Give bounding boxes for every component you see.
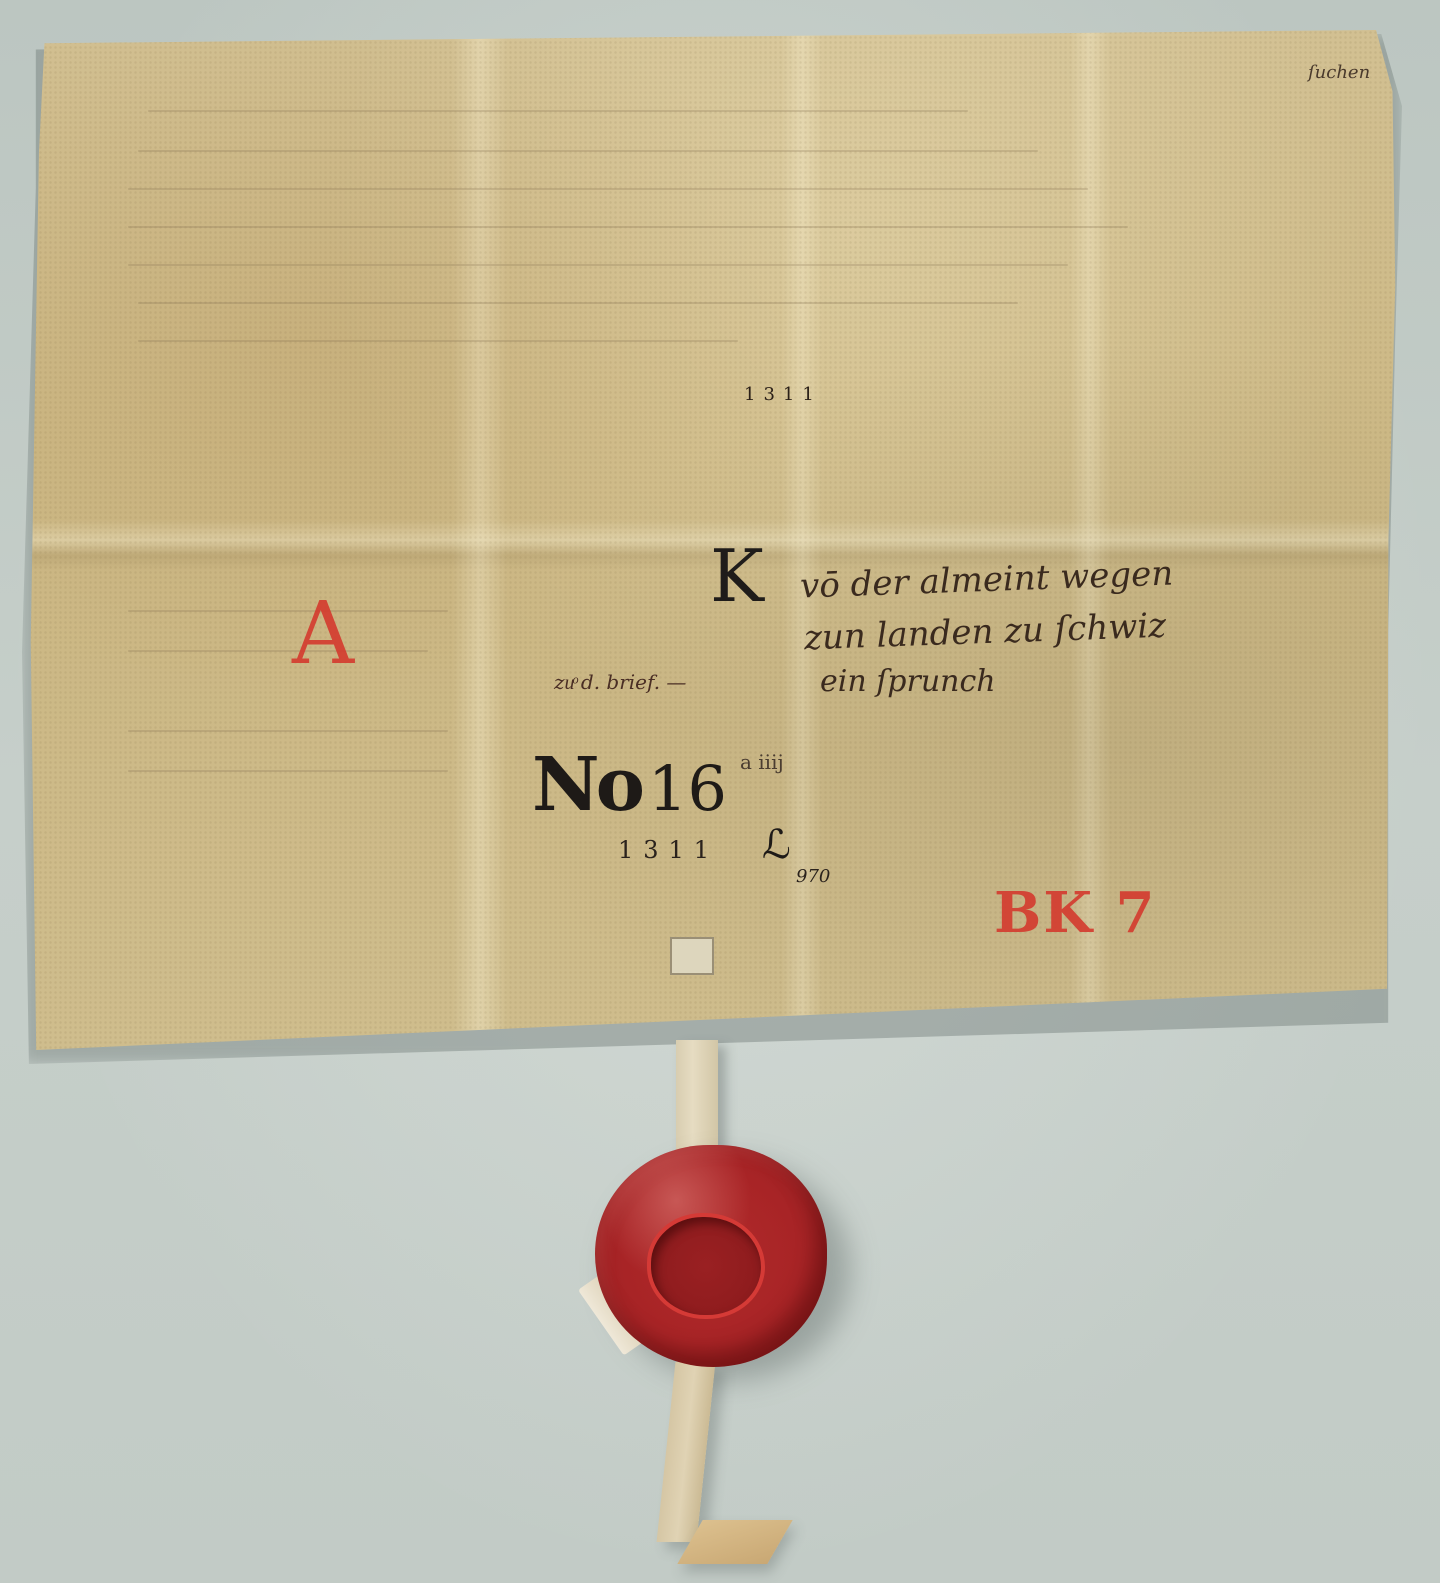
faint-text-line bbox=[128, 610, 448, 612]
center-date: 1311 bbox=[744, 384, 822, 405]
initial-letter: K bbox=[710, 534, 764, 618]
faint-text-line bbox=[138, 150, 1038, 152]
letter-stamp-a: A bbox=[292, 584, 354, 684]
archive-sign: ℒ bbox=[762, 822, 791, 868]
seal-impression bbox=[647, 1213, 765, 1319]
faint-text-line bbox=[138, 340, 738, 342]
archive-number-suffix: a iiij bbox=[740, 750, 784, 774]
archive-subnote: 970 bbox=[796, 866, 830, 887]
faint-text-line bbox=[128, 770, 448, 772]
faint-text-line bbox=[148, 110, 968, 112]
faint-text-line bbox=[138, 302, 1018, 304]
faint-text-line bbox=[128, 730, 448, 732]
seal-strap-upper bbox=[676, 1040, 718, 1150]
top-right-note: ſuchen bbox=[1308, 62, 1370, 83]
seal-strap-lower bbox=[657, 1362, 716, 1542]
faint-text-line bbox=[128, 264, 1068, 266]
archive-number-prefix: No bbox=[532, 742, 641, 828]
shelfmark-stamp: BK 7 bbox=[994, 880, 1156, 946]
left-note: zuͦ d. brief. — bbox=[554, 670, 686, 695]
faint-text-line bbox=[128, 188, 1088, 190]
archive-number: 16 bbox=[648, 752, 727, 825]
faint-text-line bbox=[128, 650, 428, 652]
red-wax-seal bbox=[595, 1145, 827, 1367]
faint-text-line bbox=[128, 226, 1128, 228]
archive-year: 1311 bbox=[618, 836, 719, 864]
seal-slit bbox=[670, 937, 714, 975]
dorsal-regest-line-3: ein ſprunch bbox=[820, 664, 996, 699]
